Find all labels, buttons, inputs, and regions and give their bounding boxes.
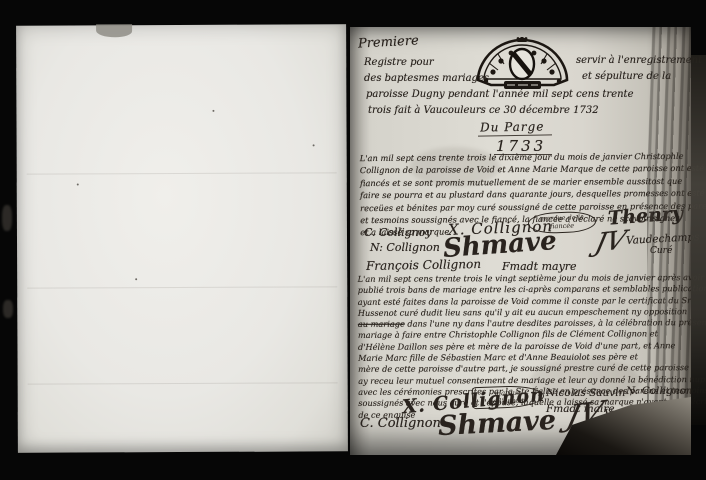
- paper-stain: [96, 24, 132, 37]
- act2-mark-note-line2: de l'épouse: [479, 396, 537, 406]
- scanner-margin-smudge: [3, 300, 13, 318]
- premiere-word: Premiere: [358, 33, 419, 51]
- act1-cure-name: Vaudechamps: [626, 231, 700, 247]
- register-line-4: trois fait à Vaucouleurs ce 30 décembre …: [368, 105, 599, 116]
- scanner-margin-smudge: [2, 205, 12, 231]
- act1-cure-flourish: JV: [592, 226, 629, 259]
- register-line-2-right: et sépulture de la: [582, 71, 671, 82]
- paper-speck: [313, 144, 315, 146]
- paper-speck: [77, 183, 79, 185]
- official-signature: Du Parge: [480, 119, 545, 134]
- act1-cure-title: Curé: [650, 246, 672, 256]
- book-outer-edge: [691, 55, 706, 425]
- left-blank-page: [16, 24, 348, 452]
- fold-line: [27, 286, 337, 288]
- register-line-2-left: des baptesmes mariages: [364, 73, 489, 84]
- right-manuscript-page: Premiere Registre pour servir à l'enregi…: [350, 27, 691, 455]
- act2-sig-c-collignon: C. Collignon: [360, 416, 441, 431]
- paper-speck: [135, 278, 137, 280]
- register-line-1-left: Registre pour: [364, 57, 434, 68]
- act2-witness-n-collignon: N: Collignon: [626, 385, 693, 397]
- fold-line: [27, 172, 337, 174]
- act2-sig-mare: Shmave: [437, 405, 557, 442]
- act1-sig-n-collignon: N: Collignon: [370, 241, 440, 254]
- fold-line: [28, 382, 338, 384]
- stamp-crown: [517, 37, 528, 42]
- act2-line: d'Hélène Daillon ses père et mère de la …: [358, 340, 688, 353]
- act1-sig-maire: Fmadt mayre: [502, 260, 577, 273]
- register-scan: Premiere Registre pour servir à l'enregi…: [0, 0, 706, 480]
- act2-line: dans l'une ny dans l'autre desdites paro…: [407, 317, 706, 329]
- paper-speck: [212, 110, 214, 112]
- act2-struck-word: au mariage: [358, 319, 405, 329]
- register-line-1-right: servir à l'enregistrement: [576, 55, 702, 66]
- crowned-armorial-fan-stamp-icon: [476, 37, 569, 94]
- act1-sig-francois: François Collignon: [366, 257, 481, 273]
- act1-sig-c-collignon: C. Collignoy: [364, 226, 432, 239]
